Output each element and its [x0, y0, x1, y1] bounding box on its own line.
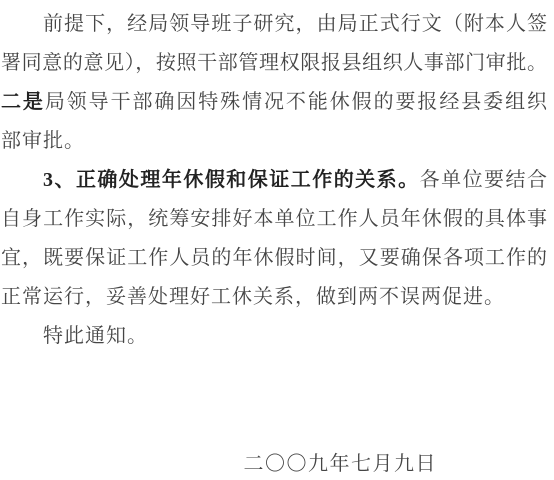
document-page: 前提下，经局领导班子研究，由局正式行文（附本人签署同意的意见），按照干部管理权限…: [0, 0, 554, 480]
text-segment: 正常运行，妥善处理好工休关系，做到两不误两促进。: [1, 286, 505, 308]
date-line: 二〇〇九年七月九日: [1, 445, 547, 480]
text-line: 前提下，经局领导班子研究，由局正式行文（附本人签: [1, 5, 547, 44]
text-segment: 部审批。: [1, 130, 85, 152]
bold-text-segment: 3、正确处理年休假和保证工作的关系。: [43, 169, 420, 191]
document-body: 前提下，经局领导班子研究，由局正式行文（附本人签署同意的意见），按照干部管理权限…: [1, 5, 547, 356]
text-segment: 特此通知。: [43, 325, 148, 347]
text-line: 特此通知。: [1, 317, 547, 356]
text-segment: 局领导干部确因特殊情况不能休假的要报经县委组织: [45, 91, 547, 113]
text-line: 二是局领导干部确因特殊情况不能休假的要报经县委组织: [1, 83, 547, 122]
text-line: 正常运行，妥善处理好工休关系，做到两不误两促进。: [1, 278, 547, 317]
bold-text-segment: 二是: [1, 91, 45, 113]
text-segment: 宜，既要保证工作人员的年休假时间，又要确保各项工作的: [1, 247, 547, 269]
text-segment: 署同意的意见），按照干部管理权限报县组织人事部门审批。: [1, 52, 547, 74]
text-line: 宜，既要保证工作人员的年休假时间，又要确保各项工作的: [1, 239, 547, 278]
text-segment: 自身工作实际，统筹安排好本单位工作人员年休假的具体事: [1, 208, 547, 230]
text-segment: 前提下，经局领导班子研究，由局正式行文（附本人签: [43, 13, 547, 35]
text-line: 署同意的意见），按照干部管理权限报县组织人事部门审批。: [1, 44, 547, 83]
text-segment: 各单位要结合: [420, 169, 547, 191]
text-line: 部审批。: [1, 122, 547, 161]
text-line: 自身工作实际，统筹安排好本单位工作人员年休假的具体事: [1, 200, 547, 239]
text-line: 3、正确处理年休假和保证工作的关系。各单位要结合: [1, 161, 547, 200]
